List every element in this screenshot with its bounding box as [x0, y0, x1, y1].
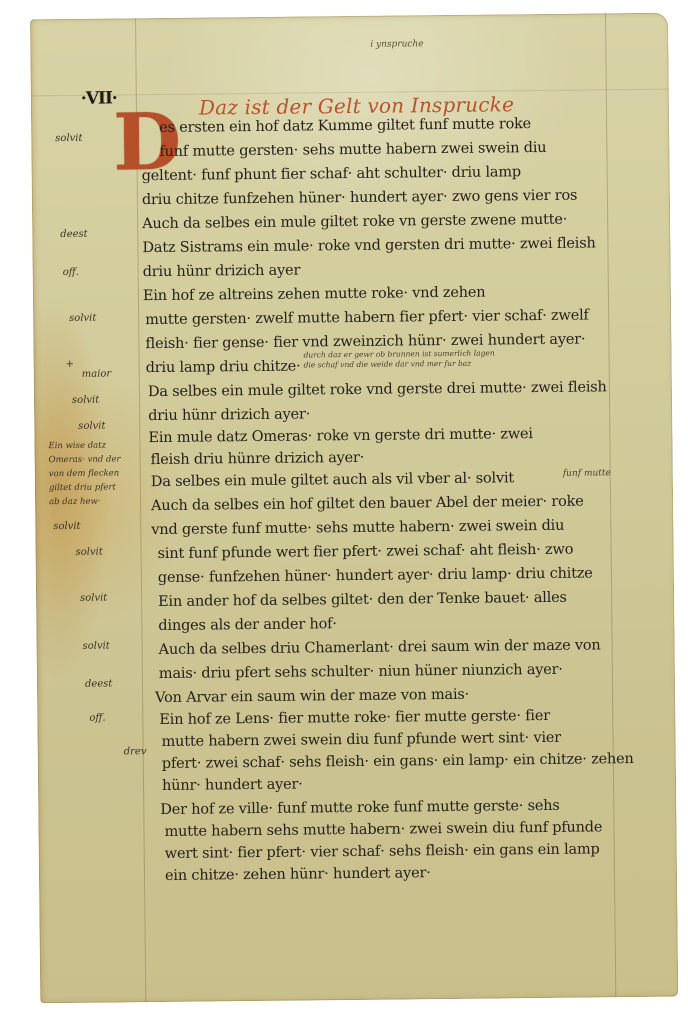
margin-note: solvit [72, 395, 99, 406]
folio-number: ·VII· [81, 88, 117, 108]
text-line: dinges als der ander hof· [158, 616, 337, 634]
text-line: geltent· funf phunt fier schaf· aht schu… [142, 164, 521, 184]
margin-note: off. [63, 267, 79, 278]
left-margin: solvit deest off. solvit + maior solvit … [30, 13, 668, 20]
margin-note: Ein wise datz [48, 441, 106, 452]
text-line: mutte gersten· zwelf mutte habern fier p… [145, 308, 589, 329]
margin-note: + [66, 359, 75, 370]
margin-note: solvit [76, 547, 103, 558]
text-line: Auch da selbes ein mule giltet roke vn g… [142, 212, 567, 232]
margin-note: solvit [80, 593, 107, 604]
margin-note: solvit [78, 421, 105, 432]
text-line: Da selbes ein mule giltet auch als vil v… [151, 470, 514, 490]
text-line: pfert· zwei schaf· sehs fleish· ein gans… [162, 751, 634, 772]
text-line: es ersten ein hof datz Kumme giltet funf… [159, 116, 531, 136]
top-annotation: i ynspruche [370, 39, 423, 50]
text-line: sint funf pfunde wert fier pfert· zwei s… [158, 542, 574, 562]
manuscript-page: i ynspruche ·VII· D Daz ist der Gelt von… [30, 13, 678, 1004]
text-line: driu hünr drizich ayer· [148, 406, 310, 424]
text-line: driu chitze funfzehen hüner· hundert aye… [142, 188, 577, 209]
text-line: mutte habern sehs mutte habern· zwei swe… [164, 819, 602, 840]
margin-note: deest [85, 679, 113, 690]
text-line: Von Arvar ein saum win der maze von mais… [155, 687, 469, 706]
margin-note: solvit [83, 641, 110, 652]
interlinear-note: die schaf vnd die weide dar vnd mer fur … [304, 359, 472, 370]
margin-note: solvit [55, 133, 82, 144]
text-line: vnd gerste funf mutte· sehs mutte habern… [151, 518, 564, 538]
margin-note: off. [89, 713, 105, 724]
text-line: Auch da selbes driu Chamerlant· drei sau… [159, 637, 601, 658]
margin-note: Omeras· vnd der [49, 454, 121, 465]
margin-note: von dem flecken [49, 468, 120, 479]
text-line: wert sint· fier pfert· vier schaf· sehs … [165, 841, 600, 862]
text-line: driu hünr drizich ayer [143, 263, 301, 281]
text-line: fleish driu hünre drizich ayer· [151, 450, 365, 468]
text-line: mais· driu pfert sehs schulter· niun hün… [159, 662, 563, 682]
text-line: driu lamp driu chitze· [146, 359, 301, 377]
text-line: Ein hof ze altreins zehen mutte roke· vn… [143, 285, 486, 305]
margin-note: ab daz hew· [49, 497, 100, 508]
margin-note: maior [82, 369, 112, 380]
text-line: Ein hof ze Lens· fier mutte roke· fier m… [159, 708, 550, 728]
interlinear-note: funf mutte [563, 468, 611, 479]
margin-note: deest [60, 229, 88, 240]
text-line: mutte habern zwei swein diu funf pfunde … [162, 730, 562, 750]
margin-note: drev [124, 746, 147, 757]
text-line: ein chitze· zehen hünr· hundert ayer· [165, 865, 431, 884]
margin-note: solvit [69, 313, 96, 324]
text-line: funf mutte gersten· sehs mutte habern zw… [159, 140, 546, 160]
rubric-heading: Daz ist der Gelt von Insprucke [199, 92, 514, 119]
text-line: Ein mule datz Omeras· roke vn gerste dri… [148, 426, 533, 446]
text-line: hünr· hundert ayer· [162, 777, 303, 794]
text-line: Ein ander hof da selbes giltet· den der … [158, 590, 567, 610]
text-line: Da selbes ein mule giltet roke vnd gerst… [148, 379, 607, 400]
ruling-line-right [605, 13, 616, 997]
text-line: Der hof ze ville· funf mutte roke funf m… [160, 798, 559, 818]
text-line: Datz Sistrams ein mule· roke vnd gersten… [142, 235, 595, 256]
text-line: gense· funfzehen hüner· hundert ayer· dr… [158, 565, 593, 586]
text-line: Auch da selbes ein hof giltet den bauer … [151, 494, 584, 515]
margin-note: solvit [53, 521, 80, 532]
margin-note: giltet driu pfert [49, 482, 116, 493]
